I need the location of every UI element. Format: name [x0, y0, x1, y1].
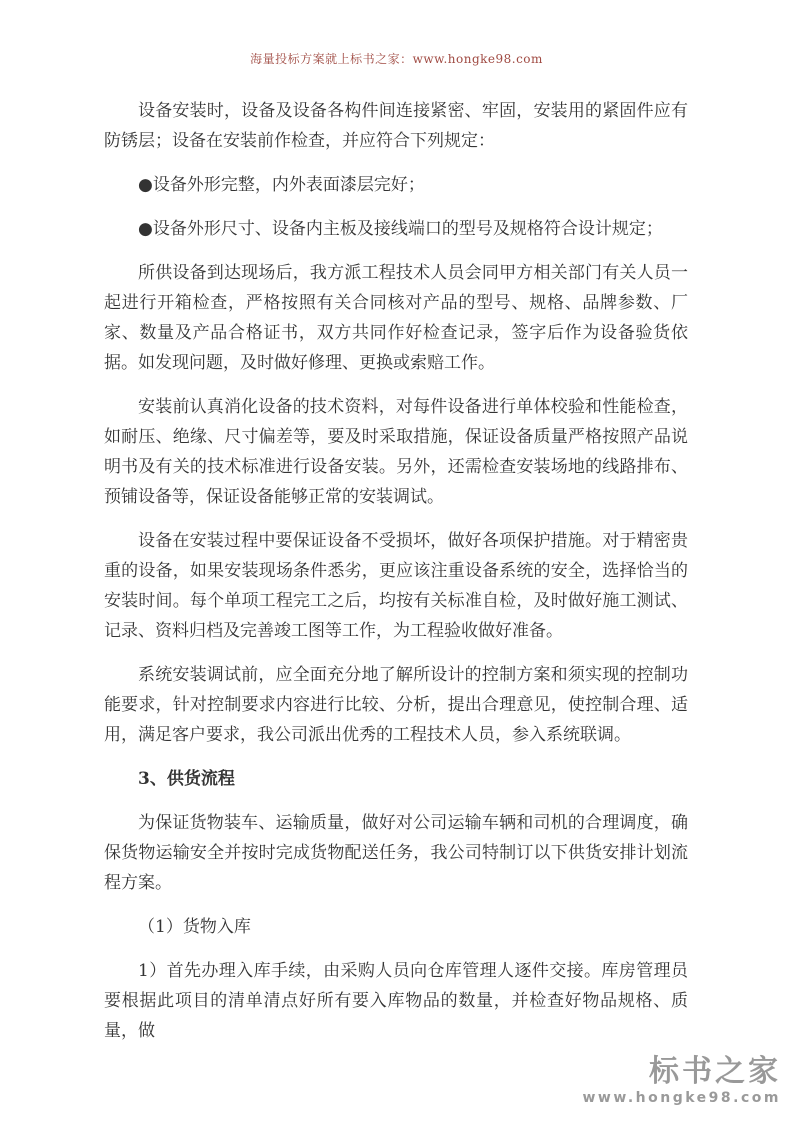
paragraph-system-debugging: 系统安装调试前，应全面充分地了解所设计的控制方案和须实现的控制功能要求，针对控制… [104, 660, 688, 750]
document-body: 设备安装时，设备及设备各构件间连接紧密、牢固，安装用的紧固件应有防锈层；设备在安… [104, 96, 688, 1060]
bullet-item-dimensions: ●设备外形尺寸、设备内主板及接线端口的型号及规格符合设计规定； [104, 214, 688, 244]
document-page: 海量投标方案就上标书之家：www.hongke98.com 设备安装时，设备及设… [0, 0, 793, 1122]
subheading-goods-storage: （1）货物入库 [104, 912, 688, 942]
paragraph-equipment-install: 设备安装时，设备及设备各构件间连接紧密、牢固，安装用的紧固件应有防锈层；设备在安… [104, 96, 688, 156]
header-site-notice: 海量投标方案就上标书之家：www.hongke98.com [0, 50, 793, 67]
paragraph-unboxing-inspection: 所供设备到达现场后，我方派工程技术人员会同甲方相关部门有关人员一起进行开箱检查，… [104, 258, 688, 378]
watermark: 标书之家 www.hongke98.com [582, 1055, 781, 1106]
paragraph-pre-install-check: 安装前认真消化设备的技术资料，对每件设备进行单体校验和性能检查，如耐压、绝缘、尺… [104, 392, 688, 512]
bullet-item-appearance: ●设备外形完整，内外表面漆层完好； [104, 170, 688, 200]
paragraph-storage-procedure: 1）首先办理入库手续，由采购人员向仓库管理人逐件交接。库房管理员要根据此项目的清… [104, 956, 688, 1046]
section-heading-supply-flow: 3、供货流程 [104, 764, 688, 794]
paragraph-transport-plan: 为保证货物装车、运输质量，做好对公司运输车辆和司机的合理调度，确保货物运输安全并… [104, 808, 688, 898]
watermark-url: www.hongke98.com [582, 1091, 781, 1106]
watermark-logo: 标书之家 [582, 1055, 781, 1088]
paragraph-protection-measures: 设备在安装过程中要保证设备不受损坏，做好各项保护措施。对于精密贵重的设备，如果安… [104, 526, 688, 646]
